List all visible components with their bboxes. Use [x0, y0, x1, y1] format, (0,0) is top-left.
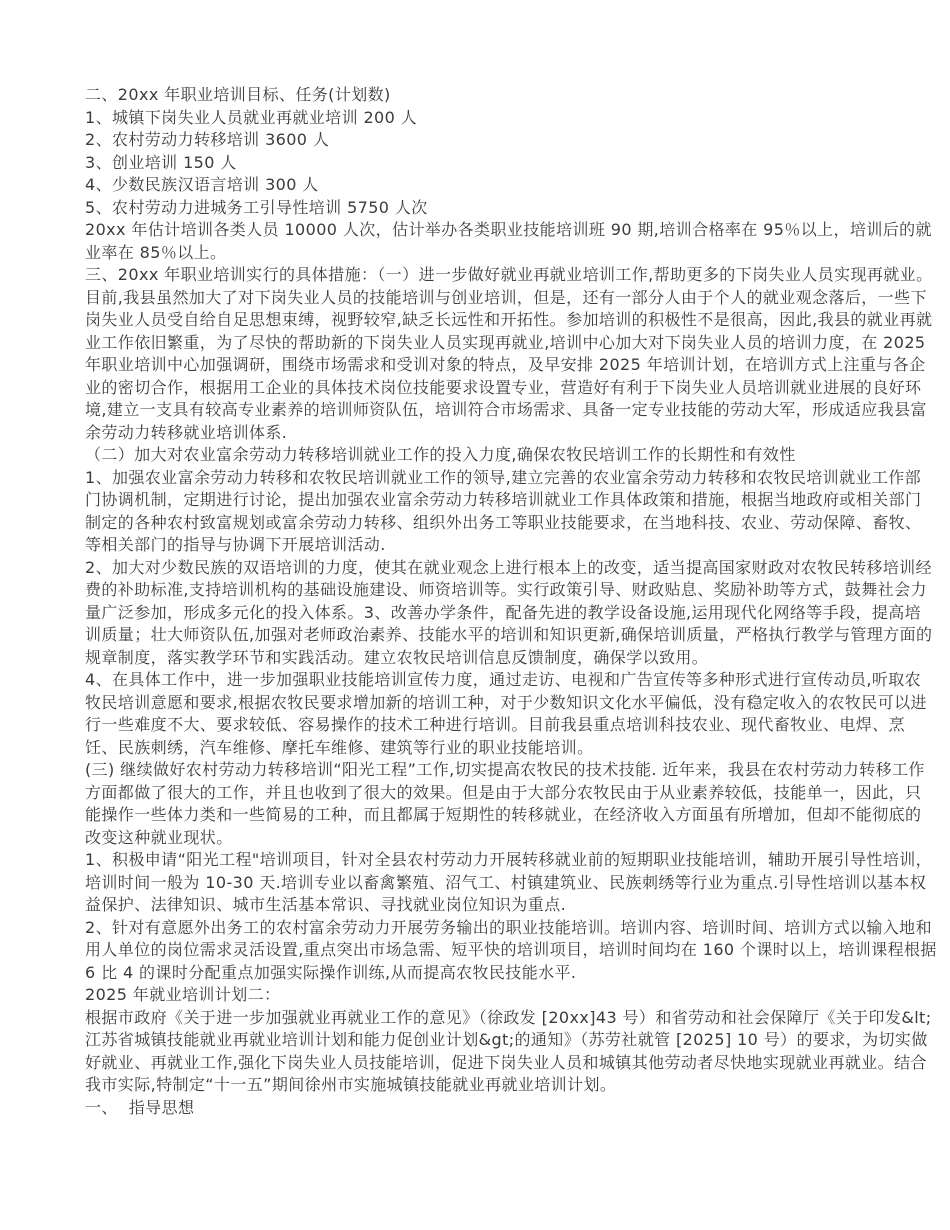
paragraph-plan-2-basis: 根据市政府《关于进一步加强就业再就业工作的意见》（徐政发 [20xx]43 号）… [85, 1007, 937, 1097]
paragraph-target-item-4: 4、少数民族汉语言培训 300 人 [85, 174, 937, 197]
paragraph-measure-3-heading: (三) 继续做好农村劳动力转移培训“阳光工程”工作,切实提高农牧民的技术技能. … [85, 759, 937, 849]
paragraph-measure-2-item-4: 4、在具体工作中，进一步加强职业技能培训宣传力度，通过走访、电视和广告宣传等多种… [85, 669, 937, 759]
paragraph-measure-2-item-1: 1、加强农业富余劳动力转移和农牧民培训就业工作的领导,建立完善的农业富余劳动力转… [85, 467, 937, 557]
paragraph-plan-2-title: 2025 年就业培训计划二： [85, 984, 937, 1007]
paragraph-measure-2-heading: （二）加大对农业富余劳动力转移培训就业工作的投入力度,确保农牧民培训工作的长期性… [85, 444, 937, 467]
paragraph-measure-2-item-2-3: 2、加大对少数民族的双语培训的力度，使其在就业观念上进行根本上的改变，适当提高国… [85, 557, 937, 670]
paragraph-target-item-2: 2、农村劳动力转移培训 3600 人 [85, 129, 937, 152]
paragraph-estimate-summary: 20xx 年估计培训各类人员 10000 人次，估计举办各类职业技能培训班 90… [85, 219, 937, 264]
paragraph-target-item-1: 1、城镇下岗失业人员就业再就业培训 200 人 [85, 107, 937, 130]
document-body: 二、20xx 年职业培训目标、任务(计划数) 1、城镇下岗失业人员就业再就业培训… [85, 84, 937, 1119]
paragraph-measure-3-item-1: 1、积极申请“阳光工程"培训项目，针对全县农村劳动力开展转移就业前的短期职业技能… [85, 849, 937, 917]
paragraph-section-2-heading: 二、20xx 年职业培训目标、任务(计划数) [85, 84, 937, 107]
paragraph-measure-3-item-2: 2、针对有意愿外出务工的农村富余劳动力开展劳务输出的职业技能培训。培训内容、培训… [85, 917, 937, 985]
paragraph-target-item-5: 5、农村劳动力进城务工引导性培训 5750 人次 [85, 197, 937, 220]
paragraph-section-3-measure-1: 三、20xx 年职业培训实行的具体措施：（一）进一步做好就业再就业培训工作,帮助… [85, 264, 937, 444]
paragraph-guiding-ideology-heading: 一、 指导思想 [85, 1097, 937, 1120]
paragraph-target-item-3: 3、创业培训 150 人 [85, 152, 937, 175]
